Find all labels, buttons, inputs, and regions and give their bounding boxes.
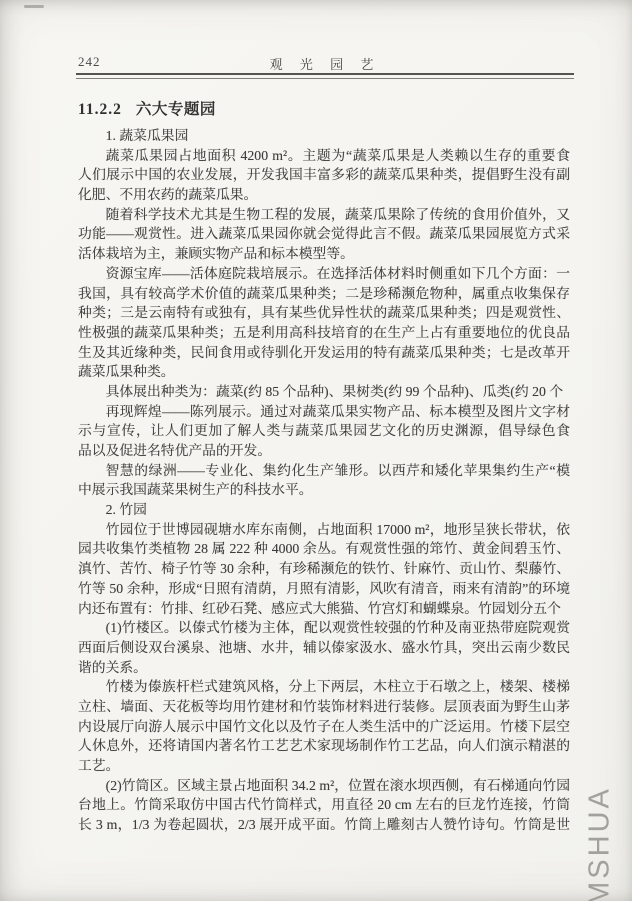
text-line: 谐的关系。 bbox=[78, 658, 570, 678]
text-line: (2)竹筒区。区域主景占地面积 34.2 m²，位置在滚水坝西侧，有石梯通向竹园… bbox=[78, 776, 570, 796]
text-line: 智慧的绿洲——专业化、集约化生产雏形。以西芹和矮化苹果集约生产“模型”为主，集 bbox=[78, 461, 570, 481]
text-line: 品以及促进名特优产品的开发。 bbox=[78, 441, 570, 461]
text-line: 内还布置有：竹排、红砂石凳、感应式大熊猫、竹宫灯和蝴蝶泉。竹园划分五个景区： bbox=[78, 599, 570, 619]
scanned-book-page: 242 观 光 园 艺 11.2.2六大专题园 1. 蔬菜瓜果园 蔬菜瓜果园占地… bbox=[0, 0, 632, 901]
text-line: 化肥、不用农药的蔬菜瓜果。 bbox=[78, 185, 570, 205]
text-line: 示与宣传，让人们更加了解人类与蔬菜瓜果园艺文化的历史渊源，倡导绿色食品、无公害食 bbox=[78, 421, 570, 441]
text-line: 我国，具有较高学术价值的蔬菜瓜果种类；二是珍稀濒危物种，属重点收集保存的蔬菜瓜果 bbox=[78, 284, 570, 304]
text-line: 性极强的蔬菜瓜果种类；五是利用高科技培育的在生产上占有重要地位的优良品种；六是野 bbox=[78, 323, 570, 343]
scan-artifact bbox=[24, 5, 44, 8]
text-line: 活体栽培为主，兼顾实物产品和标本模型等。 bbox=[78, 244, 570, 264]
text-line: 西面后侧设双台溪泉、池塘、水井，辅以傣家汲水、盛水竹具，突出云南少数民族人与自然… bbox=[78, 638, 570, 658]
section-heading-number: 11.2.2 bbox=[78, 101, 122, 118]
text-line: (1)竹楼区。以傣式竹楼为主体，配以观赏性较强的竹种及南亚热带庭院观赏植物，在 bbox=[78, 618, 570, 638]
text-line: 蔬菜瓜果园占地面积 4200 m²。主题为“蔬菜瓜果是人类赖以生存的重要食源”，… bbox=[78, 146, 570, 166]
text-line: 滇竹、苦竹、椅子竹等 30 余种，有珍稀濒危的铁竹、针麻竹、贡山竹、梨藤竹、刺龙… bbox=[78, 559, 570, 579]
text-line: 工艺。 bbox=[78, 756, 570, 776]
text-line: 竹园位于世博园砚塘水库东南侧，占地面积 17000 m²，地形呈狭长带状，依山傍… bbox=[78, 520, 570, 540]
text-line: 功能——观赏性。进入蔬菜瓜果园你就会觉得此言不假。蔬菜瓜果园展览方式采取以室外 bbox=[78, 224, 570, 244]
page-body: 1. 蔬菜瓜果园 蔬菜瓜果园占地面积 4200 m²。主题为“蔬菜瓜果是人类赖以… bbox=[78, 126, 570, 835]
text-line: 再现辉煌——陈列展示。通过对蔬菜瓜果实物产品、标本模型及图片文字材料等的展 bbox=[78, 402, 570, 422]
text-line: 人休息外，还将请国内著名竹工艺艺术家现场制作竹工艺品，向人们演示精湛的传统手工 bbox=[78, 736, 570, 756]
watermark-box: MSHUA bbox=[584, 787, 616, 901]
text-line: 台地上。竹筒采取仿中国古代竹筒样式，用直径 20 cm 左右的巨龙竹连接，竹筒高… bbox=[78, 795, 570, 815]
running-title: 观 光 园 艺 bbox=[78, 54, 572, 73]
text-line: 1. 蔬菜瓜果园 bbox=[78, 126, 570, 146]
text-line: 长 3 m，1/3 为卷起圆状，2/3 展开成平面。竹筒上雕刻古人赞竹诗句。竹筒… bbox=[78, 815, 570, 835]
text-line: 园共收集竹类植物 28 属 222 种 4000 余丛。有观赏性强的筇竹、黄金间… bbox=[78, 539, 570, 559]
text-line: 具体展出种类为：蔬菜(约 85 个品种)、果树类(约 99 个品种)、瓜类(约 … bbox=[78, 382, 570, 402]
section-heading: 11.2.2六大专题园 bbox=[78, 97, 572, 119]
section-heading-title: 六大专题园 bbox=[136, 101, 216, 118]
header-rule bbox=[76, 73, 574, 79]
text-line: 蔬菜瓜果种类。 bbox=[78, 362, 570, 382]
text-line: 人们展示中国的农业发展，开发我国丰富多彩的蔬菜瓜果种类，提倡野生没有副作用、不用 bbox=[78, 165, 570, 185]
text-line: 种类；三是云南特有或独有，具有某些优异性状的蔬菜瓜果种类；四是观赏性、趣味性、新… bbox=[78, 303, 570, 323]
text-line: 立柱、墙面、天花板等均用竹建材和竹装饰材料进行装修。层顶表面为野生山茅草铺盖。室 bbox=[78, 697, 570, 717]
text-line: 2. 竹园 bbox=[78, 500, 570, 520]
text-line: 中展示我国蔬菜果树生产的科技水平。 bbox=[78, 480, 570, 500]
running-header: 242 观 光 园 艺 bbox=[78, 54, 572, 72]
text-line: 竹楼为傣族杆栏式建筑风格，分上下两层，木柱立于石墩之上，楼架、楼梯用硬木制成， bbox=[78, 677, 570, 697]
watermark-text: MSHUA bbox=[584, 786, 617, 901]
text-line: 内设展厅向游人展示中国竹文化以及竹子在人类生活中的广泛运用。竹楼下层空间除供游 bbox=[78, 717, 570, 737]
text-line: 资源宝库——活体庭院栽培展示。在选择活体材料时侧重如下几个方面：一是起源于 bbox=[78, 264, 570, 284]
text-line: 竹等 50 余种，形成“日照有清荫，月照有清影，风吹有清音，雨来有清韵”的环境氛… bbox=[78, 579, 570, 599]
text-line: 生及其近缘种类，民间食用或待驯化开发运用的特有蔬菜瓜果种类；七是改革开放后引进的 bbox=[78, 343, 570, 363]
text-line: 随着科学技术尤其是生物工程的发展，蔬菜瓜果除了传统的食用价值外，又增添了一项 bbox=[78, 205, 570, 225]
